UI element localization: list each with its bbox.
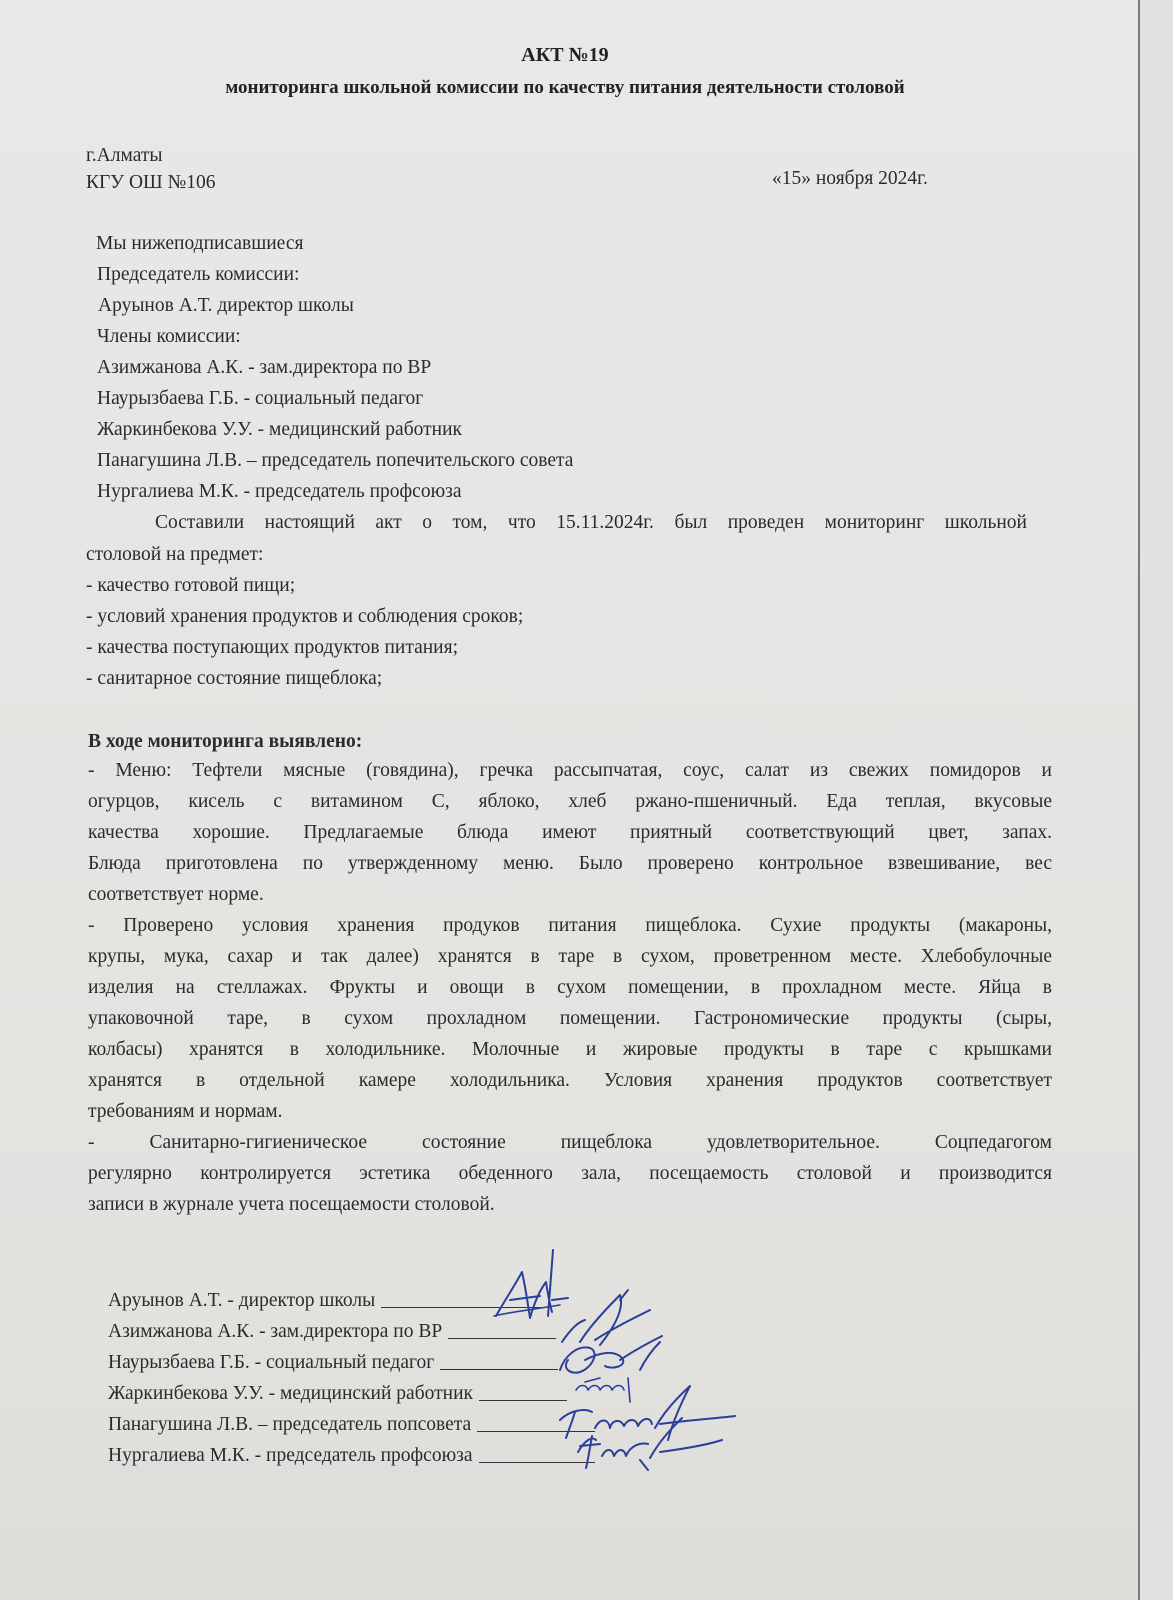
menu-paragraph-line: огурцов, кисель с витамином С, яблоко, х…: [88, 791, 1052, 813]
signature-label: Панагушина Л.В. – председатель попсовета: [108, 1414, 471, 1436]
signature-line: [448, 1322, 556, 1339]
subject-item: - качество готовой пищи;: [86, 575, 295, 597]
sanitary-paragraph-line: - Санитарно-гигиеническое состояние пище…: [88, 1132, 1052, 1154]
members-label: Члены комиссии:: [97, 326, 241, 348]
sanitary-paragraph-line: записи в журнале учета посещаемости стол…: [88, 1194, 1052, 1216]
signature-label: Жаркинбекова У.У. - медицинский работник: [108, 1383, 473, 1405]
city: г.Алматы: [86, 145, 162, 167]
storage-paragraph-line: упаковочной таре, в сухом прохладном пом…: [88, 1008, 1052, 1030]
signature-line: [440, 1353, 558, 1370]
chair-label: Председатель комиссии:: [97, 264, 299, 286]
signature-label: Аруынов А.Т. - директор школы: [108, 1290, 375, 1312]
sanitary-paragraph-line: регулярно контролируется эстетика обеден…: [88, 1163, 1052, 1185]
storage-paragraph-line: требованиям и нормам.: [88, 1101, 1052, 1123]
signature-row: Азимжанова А.К. - зам.директора по ВР: [108, 1321, 556, 1343]
signature-row: Аруынов А.Т. - директор школы: [108, 1290, 541, 1312]
subject-item: - санитарное состояние пищеблока;: [86, 668, 382, 690]
signature-row: Панагушина Л.В. – председатель попсовета: [108, 1414, 595, 1436]
signature-line: [479, 1384, 567, 1401]
menu-paragraph-line: Блюда приготовлена по утвержденному меню…: [88, 853, 1052, 875]
organization: КГУ ОШ №106: [86, 172, 215, 194]
menu-paragraph-line: - Меню: Тефтели мясные (говядина), гречк…: [88, 760, 1052, 782]
storage-paragraph-line: - Проверено условия хранения продуков пи…: [88, 915, 1052, 937]
background-strip: [1140, 0, 1173, 1600]
storage-paragraph-line: крупы, мука, сахар и так далее) хранятся…: [88, 946, 1052, 968]
signature-line: [479, 1446, 595, 1463]
document-title: АКТ №19: [0, 44, 1130, 67]
signature-row: Наурызбаева Г.Б. - социальный педагог: [108, 1352, 558, 1374]
member-item: Нургалиева М.К. - председатель профсоюза: [97, 481, 462, 503]
signature-label: Нургалиева М.К. - председатель профсоюза: [108, 1445, 473, 1467]
member-item: Жаркинбекова У.У. - медицинский работник: [97, 419, 462, 441]
subject-item: - качества поступающих продуктов питания…: [86, 637, 458, 659]
member-item: Азимжанова А.К. - зам.директора по ВР: [97, 357, 431, 379]
intro-text: Мы нижеподписавшиеся: [96, 233, 303, 255]
storage-paragraph-line: изделия на стеллажах. Фрукты и овощи в с…: [88, 977, 1052, 999]
member-item: Панагушина Л.В. – председатель попечител…: [97, 450, 573, 472]
findings-heading: В ходе мониторинга выявлено:: [88, 731, 362, 753]
document-subtitle: мониторинга школьной комиссии по качеств…: [0, 77, 1130, 99]
storage-paragraph-line: колбасы) хранятся в холодильнике. Молочн…: [88, 1039, 1052, 1061]
member-item: Наурызбаева Г.Б. - социальный педагог: [97, 388, 423, 410]
signature-line: [381, 1291, 541, 1308]
signature-label: Наурызбаева Г.Б. - социальный педагог: [108, 1352, 434, 1374]
menu-paragraph-line: соответствует норме.: [88, 884, 1052, 906]
signature-label: Азимжанова А.К. - зам.директора по ВР: [108, 1321, 442, 1343]
statement-line: Составили настоящий акт о том, что 15.11…: [155, 512, 1027, 534]
signature-line: [477, 1415, 595, 1432]
signature-row: Нургалиева М.К. - председатель профсоюза: [108, 1445, 595, 1467]
menu-paragraph-line: качества хорошие. Предлагаемые блюда име…: [88, 822, 1052, 844]
statement-line: столовой на предмет:: [86, 544, 263, 566]
chair-name: Аруынов А.Т. директор школы: [98, 295, 354, 317]
signature-row: Жаркинбекова У.У. - медицинский работник: [108, 1383, 567, 1405]
subject-item: - условий хранения продуктов и соблюдени…: [86, 606, 523, 628]
document-date: «15» ноября 2024г.: [772, 168, 928, 190]
storage-paragraph-line: хранятся в отдельной камере холодильника…: [88, 1070, 1052, 1092]
